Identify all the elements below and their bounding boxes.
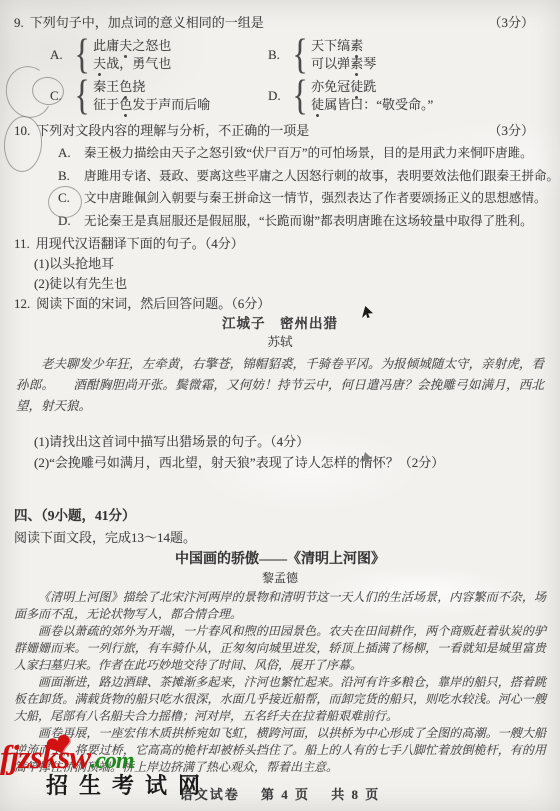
text: 亦免冠 (311, 79, 350, 94)
watermark-domain: fjzsksw.com (0, 742, 211, 775)
emphasized-char: 夫 (93, 55, 106, 73)
q10-score: （3分） (488, 119, 534, 142)
section-4-heading: 四、（9小题，41分） (14, 505, 546, 527)
q11-item-1: (1)以头抢地耳 (14, 254, 546, 274)
q10-option-b-text: 唐雎用专诸、聂政、要离这些平庸之人因怒行刺的故事，表明要效法他们跟秦王拼命。 (84, 169, 559, 183)
poem-author: 苏轼 (14, 334, 546, 351)
q12-stem: 阅读下面的宋词，然后回答问题。（6分） (36, 294, 270, 314)
q12-number: 12. (14, 294, 30, 314)
text: 跣 (363, 79, 376, 94)
q9-option-c-label: C. (50, 88, 72, 104)
q10-option-c: C.文中唐雎佩剑入朝要与秦王拼命这一情节，强烈表达了作者要颂扬正义的思想感情。 (14, 187, 546, 210)
footer-page-total: 共 8 页 (331, 787, 380, 802)
essay-paragraph-3: 画面渐进，路边酒肆、茶摊渐多起来，汴河也繁忙起来。沿河有许多粮仓，靠岸的船只，搭… (14, 674, 546, 725)
q9-option-c-lines: 秦王色挠 征于色发于声而后喻 (93, 78, 210, 114)
text: 之怒也 (132, 38, 171, 53)
question-9: 9. 下列句子中，加点词的意义相同的一组是 （3分） A. { 此庸夫之怒也 夫… (14, 12, 546, 115)
q9-score: （3分） (488, 12, 534, 34)
poem-title: 江城子 密州出猎 (14, 314, 546, 334)
essay-author: 黎孟德 (14, 570, 546, 587)
page-content: 9. 下列句子中，加点词的意义相同的一组是 （3分） A. { 此庸夫之怒也 夫… (0, 0, 560, 776)
poem-text: 老夫聊发少年狂，左牵黄，右擎苍，锦帽貂裘，千骑卷平冈。为报倾城随太守，亲射虎，看… (14, 354, 546, 417)
question-11: 11. 用现代汉语翻译下面的句子。（4分） (1)以头抢地耳 (2)徒以有先生也 (14, 234, 546, 294)
essay-paragraph-1: 《清明上河图》描绘了北宋汴河两岸的景物和清明节这一天人们的生活场景，内容繁而不杂… (14, 589, 546, 623)
emphasized-char: 色 (119, 96, 132, 114)
text: 琴 (363, 56, 376, 71)
emphasized-char: 夫 (119, 37, 132, 55)
text: 此庸 (93, 38, 119, 53)
q11-stem: 用现代汉语翻译下面的句子。（4分） (36, 234, 244, 254)
q10-stem-row: 10. 下列对文段内容的理解与分析，不正确的一项是 （3分） (14, 119, 546, 142)
q9-number: 9. (14, 12, 24, 34)
footer-page-number: 第 4 页 (261, 787, 310, 802)
q10-option-d: D.无论秦王是真屈服还是假屈服，“长跪而谢”都表明唐雎在这场较量中取得了胜利。 (14, 210, 546, 233)
question-12: 12. 阅读下面的宋词，然后回答问题。（6分） 江城子 密州出猎 苏轼 老夫聊发… (14, 294, 546, 473)
q10-option-a-label: A. (58, 142, 84, 165)
q10-option-d-label: D. (58, 210, 84, 233)
essay-title: 中国画的骄傲——《清明上河图》 (14, 550, 546, 570)
text: 可以弹 (311, 56, 350, 71)
exam-scan-page: 9. 下列句子中，加点词的意义相同的一组是 （3分） A. { 此庸夫之怒也 夫… (0, 0, 560, 811)
q12-sub-question-1: (1)请找出这首词中描写出猎场景的句子。（4分） (14, 431, 546, 452)
q9-option-d-lines: 亦免冠徒跣 徒属皆曰：“敬受命。” (311, 78, 433, 114)
watermark-tld: .com (90, 748, 133, 774)
q12-stem-row: 12. 阅读下面的宋词，然后回答问题。（6分） (14, 294, 546, 314)
emphasized-char: 素 (350, 37, 363, 55)
emphasized-char: 徒 (311, 96, 324, 114)
text: 属皆曰：“敬受命。” (324, 97, 433, 112)
q9-option-a: A. { 此庸夫之怒也 夫战，勇气也 (50, 36, 268, 74)
brace-icon: { (75, 78, 90, 114)
q9-stem-row: 9. 下列句子中，加点词的意义相同的一组是 （3分） (14, 12, 546, 34)
q9-option-b-lines: 天下缟素 可以弹素琴 (311, 37, 376, 73)
q11-item-2: (2)徒以有先生也 (14, 274, 546, 294)
site-watermark: ❤ fjzsksw.com 招生考试网 (0, 742, 211, 797)
q10-number: 10. (14, 119, 30, 142)
question-10: 10. 下列对文段内容的理解与分析，不正确的一项是 （3分） A.秦王极力描绘由… (14, 119, 546, 232)
q10-option-d-text: 无论秦王是真屈服还是假屈服，“长跪而谢”都表明唐雎在这场较量中取得了胜利。 (84, 214, 533, 228)
emphasized-char: 徒 (350, 78, 363, 96)
brace-icon: { (293, 37, 308, 73)
q10-option-c-text: 文中唐雎佩剑入朝要与秦王拼命这一情节，强烈表达了作者要颂扬正义的思想感情。 (84, 191, 547, 205)
q11-number: 11. (14, 234, 30, 254)
q9-option-a-lines: 此庸夫之怒也 夫战，勇气也 (93, 37, 171, 73)
q10-option-b-label: B. (58, 165, 84, 188)
q9-option-a-label: A. (50, 47, 72, 63)
emphasized-char: 素 (350, 55, 363, 73)
watermark-caption: 招生考试网 (46, 775, 211, 797)
emphasized-char: 色 (119, 78, 132, 96)
q9-option-c: C. { 秦王色挠 征于色发于声而后喻 (50, 77, 268, 115)
section-4: 四、（9小题，41分） 阅读下面文段，完成13～14题。 中国画的骄傲——《清明… (14, 505, 546, 776)
q9-option-b-label: B. (268, 47, 290, 63)
q9-stem: 下列句子中，加点词的意义相同的一组是 (30, 12, 264, 34)
text: 发于声而后喻 (132, 97, 210, 112)
q9-option-d: D. { 亦免冠徒跣 徒属皆曰：“敬受命。” (268, 77, 546, 115)
q9-option-b: B. { 天下缟素 可以弹素琴 (268, 36, 546, 74)
section-4-intro: 阅读下面文段，完成13～14题。 (14, 527, 546, 548)
q9-option-d-label: D. (268, 88, 290, 104)
q10-stem: 下列对文段内容的理解与分析，不正确的一项是 (36, 119, 309, 142)
essay-paragraph-2: 画卷以萧疏的郊外为开端，一片春风和煦的田园景色。农夫在田间耕作，两个商贩赶着驮炭… (14, 623, 546, 674)
brace-icon: { (75, 37, 90, 73)
q10-option-b: B.唐雎用专诸、聂政、要离这些平庸之人因怒行刺的故事，表明要效法他们跟秦王拼命。 (14, 165, 546, 188)
text: 挠 (132, 79, 145, 94)
text: 征于 (93, 97, 119, 112)
brace-icon: { (293, 78, 308, 114)
q10-option-a: A.秦王极力描绘由天子之怒引致“伏尸百万”的可怕场景，目的是用武力来恫吓唐雎。 (14, 142, 546, 165)
q10-option-c-label: C. (58, 187, 84, 210)
text: 天下缟 (311, 38, 350, 53)
text: 秦王 (93, 79, 119, 94)
q9-options: A. { 此庸夫之怒也 夫战，勇气也 B. { 天下缟素 可以弹素琴 (50, 36, 546, 115)
q11-stem-row: 11. 用现代汉语翻译下面的句子。（4分） (14, 234, 546, 254)
text: 战，勇气也 (106, 56, 171, 71)
q10-option-a-text: 秦王极力描绘由天子之怒引致“伏尸百万”的可怕场景，目的是用武力来恫吓唐雎。 (84, 146, 533, 160)
q12-sub-question-2: (2)“会挽雕弓如满月，西北望，射天狼”表现了诗人怎样的情怀？（2分） (14, 452, 546, 473)
